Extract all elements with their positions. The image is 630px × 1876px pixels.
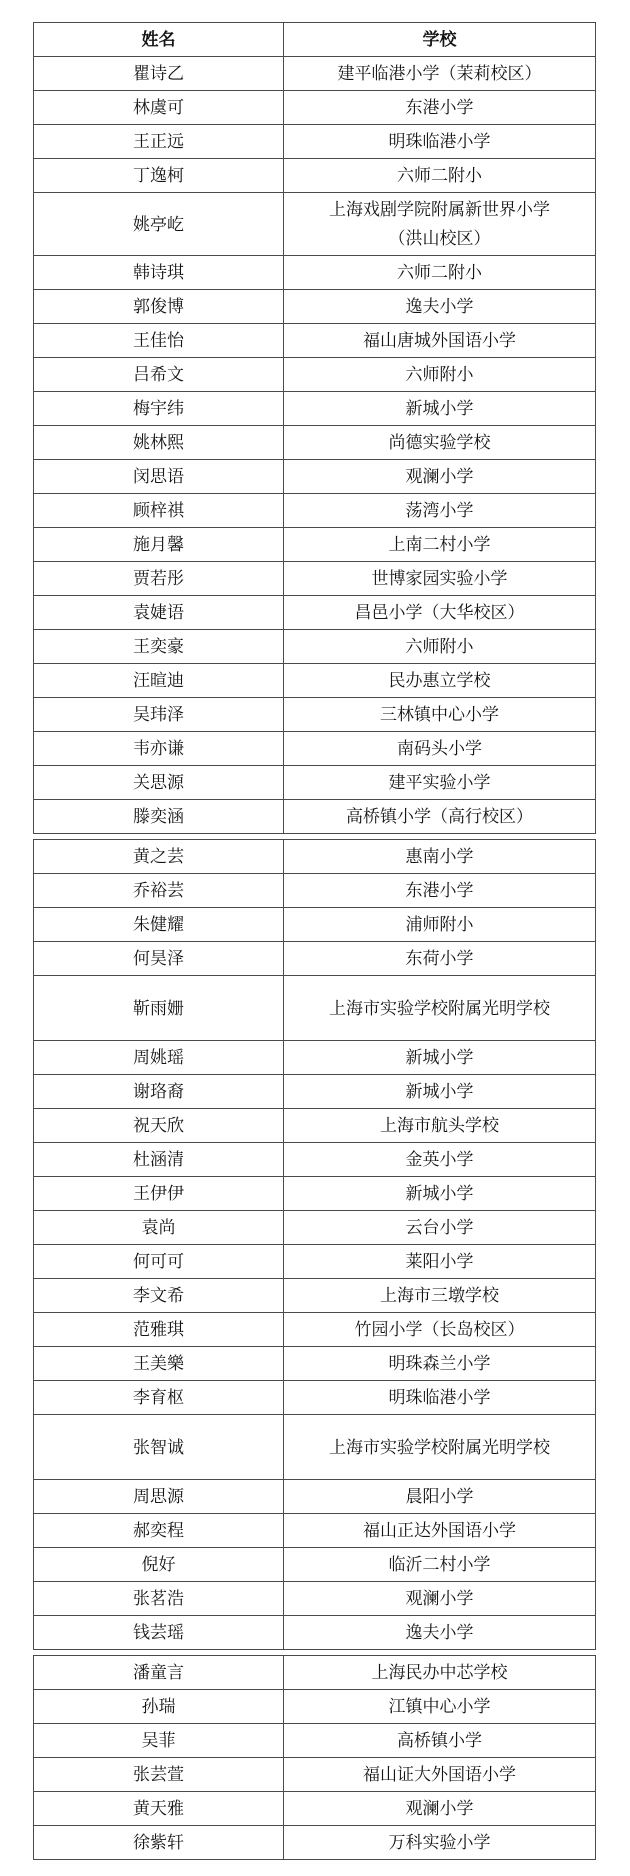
name-cell: 徐紫轩: [34, 1826, 284, 1860]
table-row: 祝天欣上海市航头学校: [34, 1109, 596, 1143]
header-row: 姓名学校: [34, 23, 596, 57]
name-cell: 韩诗琪: [34, 256, 284, 290]
name-cell: 滕奕涵: [34, 800, 284, 834]
name-cell: 顾梓祺: [34, 494, 284, 528]
school-cell: 惠南小学: [284, 840, 596, 874]
name-cell: 王美樂: [34, 1347, 284, 1381]
school-cell: 六师二附小: [284, 159, 596, 193]
column-header-school: 学校: [284, 23, 596, 57]
name-cell: 瞿诗乙: [34, 57, 284, 91]
name-cell: 杜涵清: [34, 1143, 284, 1177]
school-cell: 新城小学: [284, 1177, 596, 1211]
table-row: 姚亭屹上海戏剧学院附属新世界小学 （洪山校区）: [34, 193, 596, 256]
school-cell: 东港小学: [284, 874, 596, 908]
school-cell: 上海民办中芯学校: [284, 1656, 596, 1690]
name-cell: 张茗浩: [34, 1582, 284, 1616]
table-row: 顾梓祺荡湾小学: [34, 494, 596, 528]
document-page: 姓名学校瞿诗乙建平临港小学（茉莉校区）林虞可东港小学王正远明珠临港小学丁逸柯六师…: [0, 0, 630, 1860]
name-cell: 祝天欣: [34, 1109, 284, 1143]
name-cell: 姚亭屹: [34, 193, 284, 256]
table-row: 孙瑞江镇中心小学: [34, 1690, 596, 1724]
school-cell: 世博家园实验小学: [284, 562, 596, 596]
table-row: 吕希文六师附小: [34, 358, 596, 392]
school-cell: 观澜小学: [284, 1792, 596, 1826]
name-cell: 王佳怡: [34, 324, 284, 358]
table-row: 滕奕涵高桥镇小学（高行校区）: [34, 800, 596, 834]
table-row: 王奕豪六师附小: [34, 630, 596, 664]
table-row: 韦亦谦南码头小学: [34, 732, 596, 766]
school-cell: 三林镇中心小学: [284, 698, 596, 732]
school-cell: 六师附小: [284, 358, 596, 392]
school-cell: 尚德实验学校: [284, 426, 596, 460]
name-cell: 闵思语: [34, 460, 284, 494]
school-cell: 上海市实验学校附属光明学校: [284, 1415, 596, 1480]
school-cell: 上海市航头学校: [284, 1109, 596, 1143]
table-row: 吴菲高桥镇小学: [34, 1724, 596, 1758]
table-row: 韩诗琪六师二附小: [34, 256, 596, 290]
table-row: 瞿诗乙建平临港小学（茉莉校区）: [34, 57, 596, 91]
table-row: 王正远明珠临港小学: [34, 125, 596, 159]
school-cell: 金英小学: [284, 1143, 596, 1177]
school-cell: 东港小学: [284, 91, 596, 125]
table-row: 范雅琪竹园小学（长岛校区）: [34, 1313, 596, 1347]
name-cell: 吴玮泽: [34, 698, 284, 732]
name-cell: 张芸萱: [34, 1758, 284, 1792]
name-cell: 王正远: [34, 125, 284, 159]
name-cell: 林虞可: [34, 91, 284, 125]
name-cell: 关思源: [34, 766, 284, 800]
table-row: 王伊伊新城小学: [34, 1177, 596, 1211]
table-row: 吴玮泽三林镇中心小学: [34, 698, 596, 732]
roster-table: 黄之芸惠南小学乔裕芸东港小学朱健耀浦师附小何昊泽东荷小学靳雨姗上海市实验学校附属…: [33, 839, 596, 1650]
roster-table: 潘童言上海民办中芯学校孙瑞江镇中心小学吴菲高桥镇小学张芸萱福山证大外国语小学黄天…: [33, 1655, 596, 1860]
name-cell: 施月馨: [34, 528, 284, 562]
table-row: 倪好临沂二村小学: [34, 1548, 596, 1582]
table-row: 袁尚云台小学: [34, 1211, 596, 1245]
name-cell: 孙瑞: [34, 1690, 284, 1724]
table-row: 王佳怡福山唐城外国语小学: [34, 324, 596, 358]
name-cell: 黄天雅: [34, 1792, 284, 1826]
school-cell: 竹园小学（长岛校区）: [284, 1313, 596, 1347]
table-row: 朱健耀浦师附小: [34, 908, 596, 942]
school-cell: 观澜小学: [284, 460, 596, 494]
school-cell: 明珠森兰小学: [284, 1347, 596, 1381]
school-cell: 逸夫小学: [284, 290, 596, 324]
school-cell: 建平临港小学（茉莉校区）: [284, 57, 596, 91]
school-cell: 晨阳小学: [284, 1480, 596, 1514]
table-row: 张智诚上海市实验学校附属光明学校: [34, 1415, 596, 1480]
name-cell: 靳雨姗: [34, 976, 284, 1041]
name-cell: 倪好: [34, 1548, 284, 1582]
roster-table: 姓名学校瞿诗乙建平临港小学（茉莉校区）林虞可东港小学王正远明珠临港小学丁逸柯六师…: [33, 22, 596, 834]
school-cell: 上海市三墩学校: [284, 1279, 596, 1313]
name-cell: 李育枢: [34, 1381, 284, 1415]
table-row: 周思源晨阳小学: [34, 1480, 596, 1514]
table-row: 李文希上海市三墩学校: [34, 1279, 596, 1313]
school-cell: 福山证大外国语小学: [284, 1758, 596, 1792]
table-row: 关思源建平实验小学: [34, 766, 596, 800]
table-row: 何昊泽东荷小学: [34, 942, 596, 976]
school-cell: 逸夫小学: [284, 1616, 596, 1650]
school-cell: 高桥镇小学（高行校区）: [284, 800, 596, 834]
name-cell: 朱健耀: [34, 908, 284, 942]
table-row: 郭俊博逸夫小学: [34, 290, 596, 324]
school-cell: 六师二附小: [284, 256, 596, 290]
name-cell: 梅宇纬: [34, 392, 284, 426]
name-cell: 何昊泽: [34, 942, 284, 976]
table-row: 潘童言上海民办中芯学校: [34, 1656, 596, 1690]
table-row: 闵思语观澜小学: [34, 460, 596, 494]
school-cell: 昌邑小学（大华校区）: [284, 596, 596, 630]
table-row: 王美樂明珠森兰小学: [34, 1347, 596, 1381]
table-row: 张茗浩观澜小学: [34, 1582, 596, 1616]
school-cell: 莱阳小学: [284, 1245, 596, 1279]
name-cell: 丁逸柯: [34, 159, 284, 193]
name-cell: 汪暄迪: [34, 664, 284, 698]
name-cell: 王伊伊: [34, 1177, 284, 1211]
school-cell: 明珠临港小学: [284, 1381, 596, 1415]
table-row: 黄天雅观澜小学: [34, 1792, 596, 1826]
name-cell: 范雅琪: [34, 1313, 284, 1347]
school-cell: 上海戏剧学院附属新世界小学 （洪山校区）: [284, 193, 596, 256]
roster-tables: 姓名学校瞿诗乙建平临港小学（茉莉校区）林虞可东港小学王正远明珠临港小学丁逸柯六师…: [33, 22, 630, 1860]
school-cell: 荡湾小学: [284, 494, 596, 528]
school-cell: 南码头小学: [284, 732, 596, 766]
school-cell: 福山唐城外国语小学: [284, 324, 596, 358]
school-cell: 民办惠立学校: [284, 664, 596, 698]
name-cell: 贾若彤: [34, 562, 284, 596]
school-cell: 云台小学: [284, 1211, 596, 1245]
name-cell: 袁婕语: [34, 596, 284, 630]
school-cell: 东荷小学: [284, 942, 596, 976]
school-cell: 观澜小学: [284, 1582, 596, 1616]
table-row: 黄之芸惠南小学: [34, 840, 596, 874]
name-cell: 李文希: [34, 1279, 284, 1313]
name-cell: 周思源: [34, 1480, 284, 1514]
table-row: 钱芸瑶逸夫小学: [34, 1616, 596, 1650]
name-cell: 袁尚: [34, 1211, 284, 1245]
name-cell: 潘童言: [34, 1656, 284, 1690]
name-cell: 郝奕程: [34, 1514, 284, 1548]
table-row: 何可可莱阳小学: [34, 1245, 596, 1279]
table-row: 梅宇纬新城小学: [34, 392, 596, 426]
table-row: 张芸萱福山证大外国语小学: [34, 1758, 596, 1792]
name-cell: 韦亦谦: [34, 732, 284, 766]
name-cell: 张智诚: [34, 1415, 284, 1480]
table-row: 谢珞裔新城小学: [34, 1075, 596, 1109]
school-cell: 新城小学: [284, 1041, 596, 1075]
name-cell: 王奕豪: [34, 630, 284, 664]
school-cell: 万科实验小学: [284, 1826, 596, 1860]
name-cell: 周姚瑶: [34, 1041, 284, 1075]
table-row: 汪暄迪民办惠立学校: [34, 664, 596, 698]
column-header-name: 姓名: [34, 23, 284, 57]
table-row: 徐紫轩万科实验小学: [34, 1826, 596, 1860]
name-cell: 何可可: [34, 1245, 284, 1279]
school-cell: 六师附小: [284, 630, 596, 664]
name-cell: 黄之芸: [34, 840, 284, 874]
table-row: 靳雨姗上海市实验学校附属光明学校: [34, 976, 596, 1041]
school-cell: 高桥镇小学: [284, 1724, 596, 1758]
table-row: 杜涵清金英小学: [34, 1143, 596, 1177]
table-row: 姚林熙尚德实验学校: [34, 426, 596, 460]
table-row: 乔裕芸东港小学: [34, 874, 596, 908]
school-cell: 明珠临港小学: [284, 125, 596, 159]
name-cell: 吴菲: [34, 1724, 284, 1758]
table-row: 袁婕语昌邑小学（大华校区）: [34, 596, 596, 630]
table-row: 周姚瑶新城小学: [34, 1041, 596, 1075]
school-cell: 新城小学: [284, 392, 596, 426]
school-cell: 临沂二村小学: [284, 1548, 596, 1582]
table-row: 丁逸柯六师二附小: [34, 159, 596, 193]
school-cell: 福山正达外国语小学: [284, 1514, 596, 1548]
school-cell: 上海市实验学校附属光明学校: [284, 976, 596, 1041]
name-cell: 谢珞裔: [34, 1075, 284, 1109]
school-cell: 江镇中心小学: [284, 1690, 596, 1724]
school-cell: 新城小学: [284, 1075, 596, 1109]
table-row: 郝奕程福山正达外国语小学: [34, 1514, 596, 1548]
name-cell: 钱芸瑶: [34, 1616, 284, 1650]
name-cell: 姚林熙: [34, 426, 284, 460]
name-cell: 吕希文: [34, 358, 284, 392]
school-cell: 浦师附小: [284, 908, 596, 942]
table-row: 林虞可东港小学: [34, 91, 596, 125]
school-cell: 建平实验小学: [284, 766, 596, 800]
table-row: 李育枢明珠临港小学: [34, 1381, 596, 1415]
table-row: 贾若彤世博家园实验小学: [34, 562, 596, 596]
table-row: 施月馨上南二村小学: [34, 528, 596, 562]
name-cell: 郭俊博: [34, 290, 284, 324]
name-cell: 乔裕芸: [34, 874, 284, 908]
school-cell: 上南二村小学: [284, 528, 596, 562]
